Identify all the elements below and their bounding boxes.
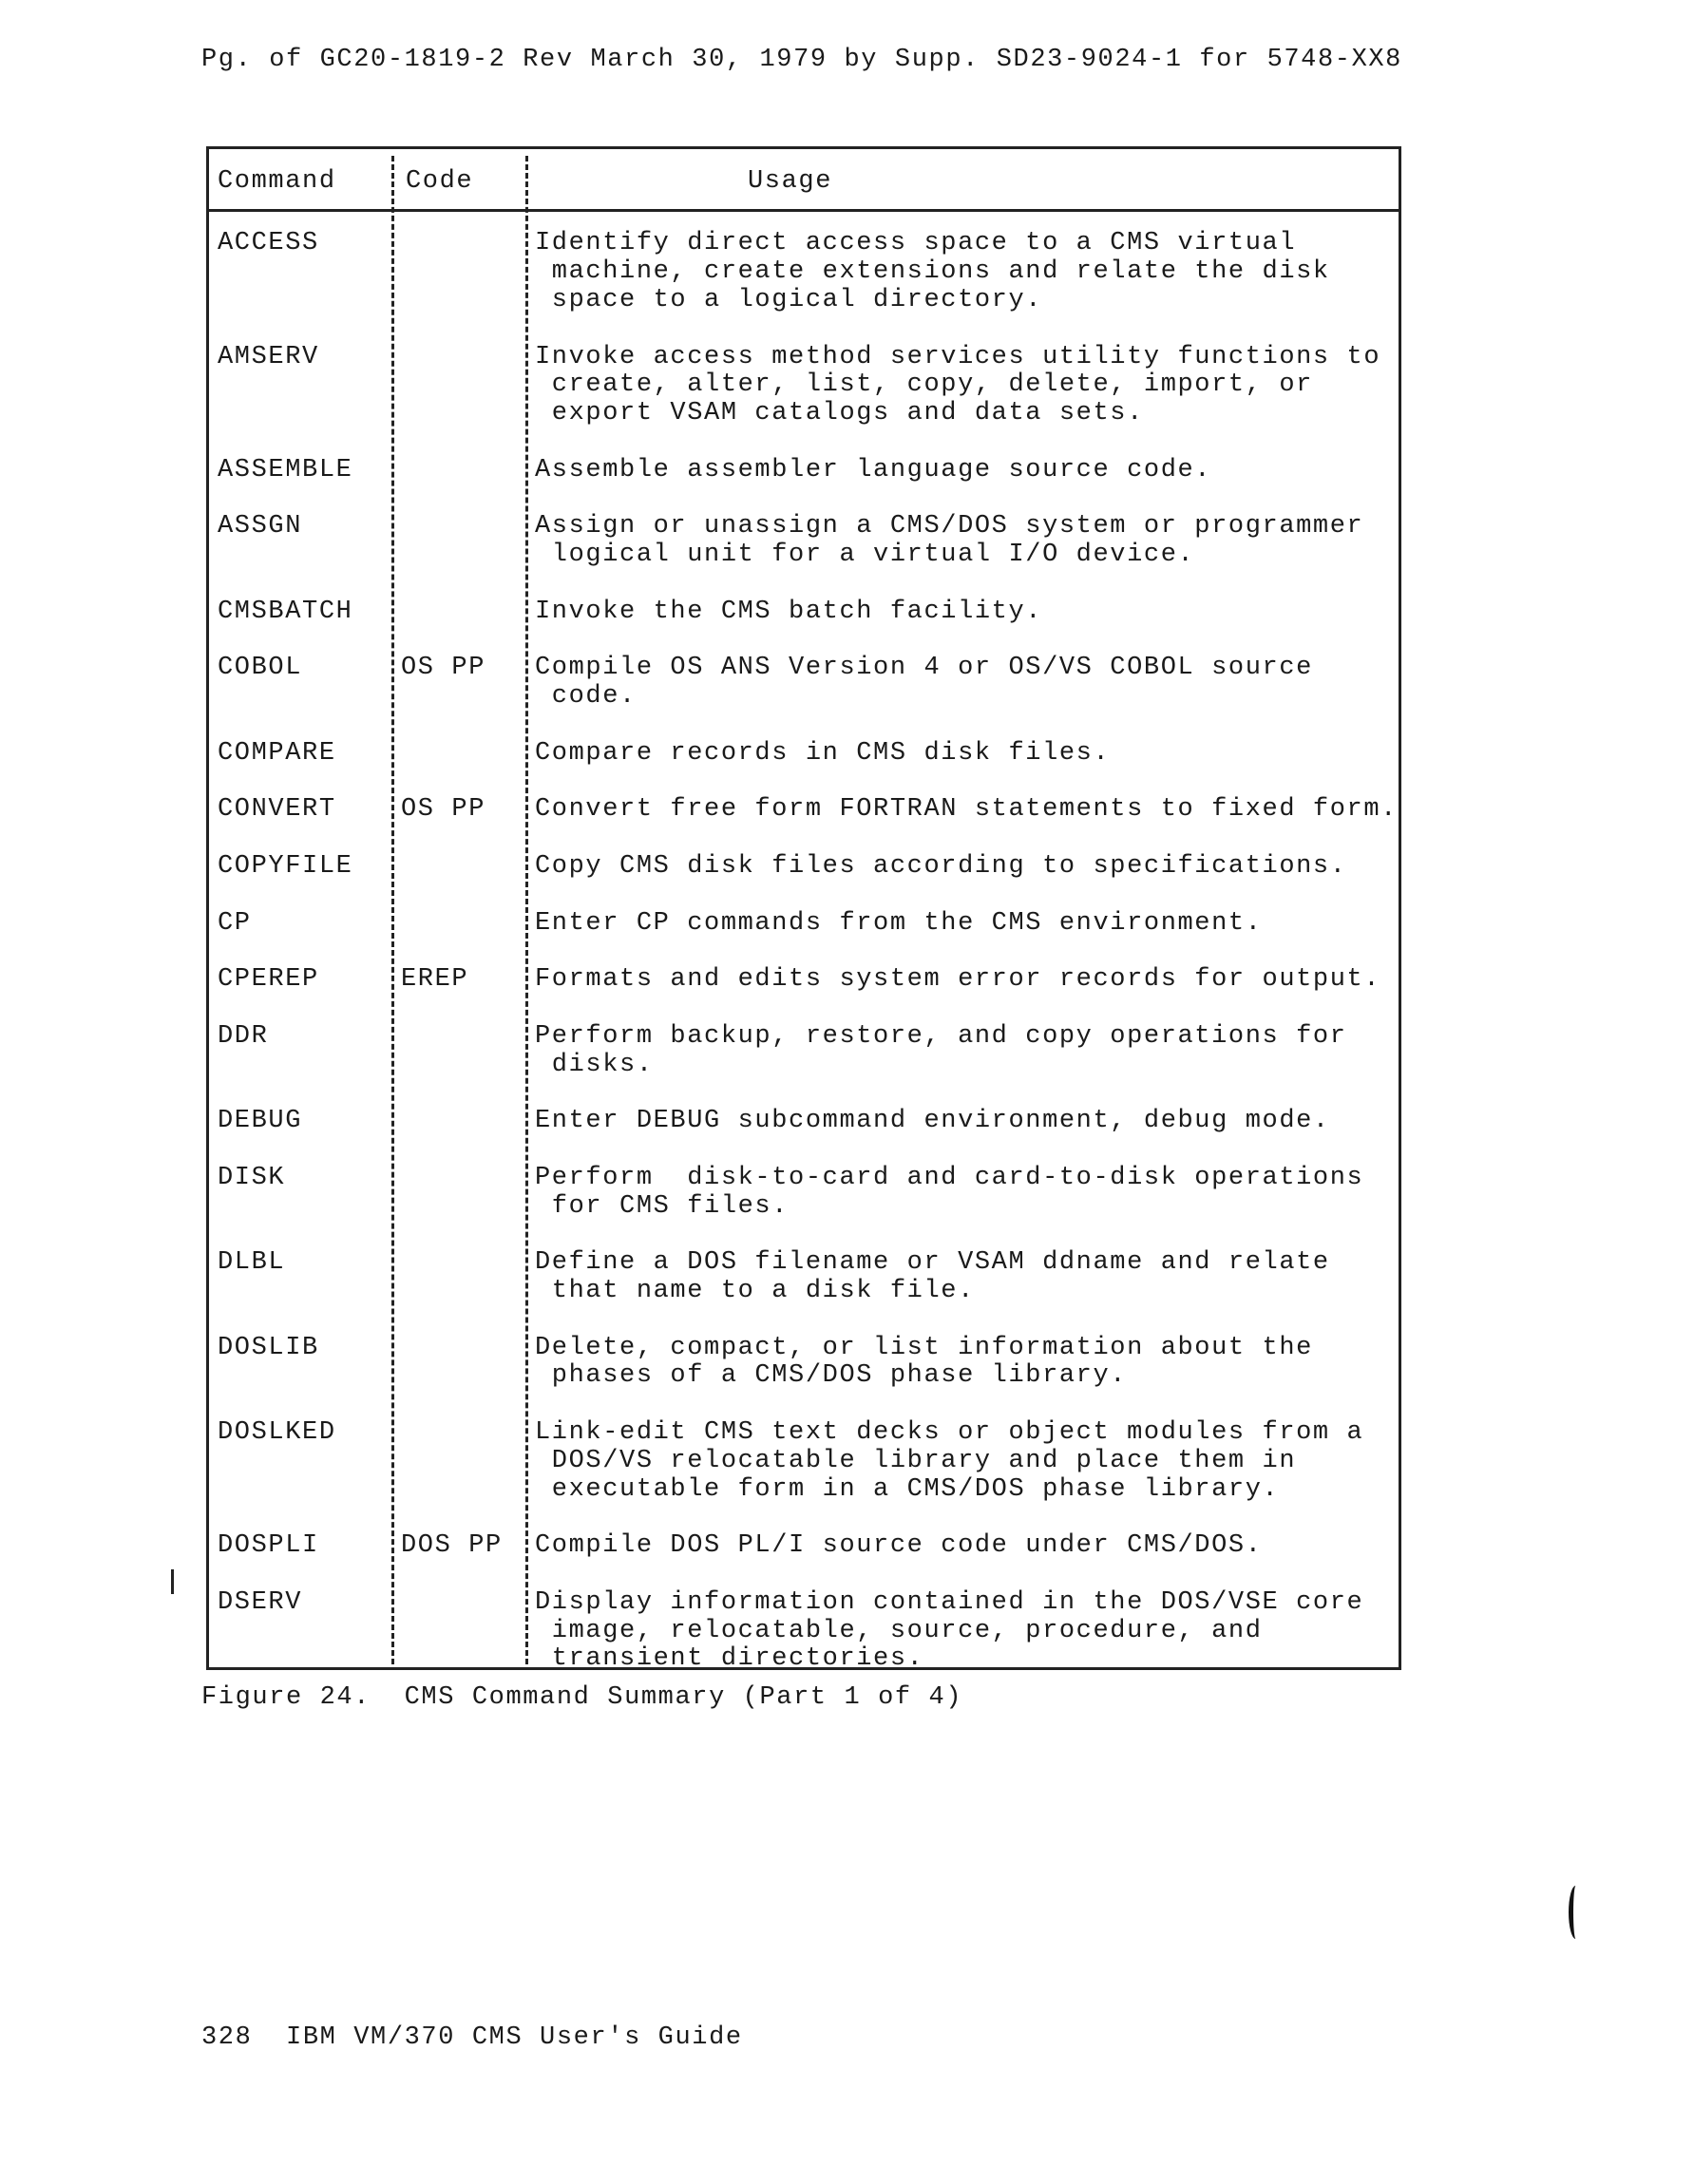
command-name: COPYFILE	[218, 853, 352, 882]
revision-change-bar	[171, 1569, 174, 1594]
usage-text: code.	[535, 683, 637, 712]
command-name: DOSLKED	[218, 1419, 336, 1448]
command-name: ASSEMBLE	[218, 457, 352, 485]
command-name: COMPARE	[218, 740, 336, 769]
command-name: DEBUG	[218, 1108, 302, 1136]
usage-text: create, alter, list, copy, delete, impor…	[535, 371, 1313, 400]
usage-text: disks.	[535, 1052, 654, 1080]
command-name: DLBL	[218, 1249, 285, 1278]
command-name: DDR	[218, 1023, 268, 1052]
usage-text: Invoke access method services utility fu…	[535, 344, 1380, 372]
scan-edge-mark	[1569, 1886, 1583, 1939]
page-footer: 328 IBM VM/370 CMS User's Guide	[201, 2023, 743, 2052]
command-name: AMSERV	[218, 344, 319, 372]
usage-text: that name to a disk file.	[535, 1278, 975, 1306]
command-name: CP	[218, 910, 252, 939]
usage-text: phases of a CMS/DOS phase library.	[535, 1362, 1127, 1391]
usage-text: Enter CP commands from the CMS environme…	[535, 910, 1263, 939]
command-name: DSERV	[218, 1589, 302, 1618]
page-header: Pg. of GC20-1819-2 Rev March 30, 1979 by…	[201, 46, 1402, 74]
usage-text: Perform backup, restore, and copy operat…	[535, 1023, 1347, 1052]
usage-text: Copy CMS disk files according to specifi…	[535, 853, 1347, 882]
usage-text: transient directories.	[535, 1645, 923, 1674]
usage-text: Formats and edits system error records f…	[535, 966, 1380, 995]
figure-caption: Figure 24. CMS Command Summary (Part 1 o…	[201, 1683, 962, 1712]
usage-text: space to a logical directory.	[535, 287, 1042, 315]
usage-text: Assign or unassign a CMS/DOS system or p…	[535, 513, 1363, 541]
table-right-border	[1399, 146, 1401, 1670]
command-name: DOSLIB	[218, 1335, 319, 1363]
command-code: OS PP	[401, 796, 485, 825]
usage-text: Enter DEBUG subcommand environment, debu…	[535, 1108, 1330, 1136]
table-top-border	[206, 146, 1401, 149]
command-name: CONVERT	[218, 796, 336, 825]
usage-text: Identify direct access space to a CMS vi…	[535, 230, 1296, 258]
usage-text: Invoke the CMS batch facility.	[535, 598, 1042, 627]
command-code: EREP	[401, 966, 468, 995]
usage-text: executable form in a CMS/DOS phase libra…	[535, 1476, 1279, 1505]
usage-text: Display information contained in the DOS…	[535, 1589, 1363, 1618]
command-summary-table: Command Code Usage ACCESSIdentify direct…	[206, 146, 1401, 1670]
usage-text: Compile DOS PL/I source code under CMS/D…	[535, 1532, 1263, 1561]
command-code: DOS PP	[401, 1532, 503, 1561]
command-name: ACCESS	[218, 230, 319, 258]
usage-text: Convert free form FORTRAN statements to …	[535, 796, 1398, 825]
column-divider-usage	[525, 156, 528, 1664]
usage-text: Link-edit CMS text decks or object modul…	[535, 1419, 1363, 1448]
usage-text: Delete, compact, or list information abo…	[535, 1335, 1313, 1363]
command-code: OS PP	[401, 655, 485, 683]
usage-text: image, relocatable, source, procedure, a…	[535, 1618, 1263, 1646]
command-name: ASSGN	[218, 513, 302, 541]
usage-text: export VSAM catalogs and data sets.	[535, 400, 1144, 428]
table-left-border	[206, 146, 209, 1670]
column-header-command: Command	[218, 167, 336, 196]
usage-text: machine, create extensions and relate th…	[535, 258, 1330, 287]
column-header-usage: Usage	[748, 167, 832, 196]
command-name: DOSPLI	[218, 1532, 319, 1561]
command-name: COBOL	[218, 655, 302, 683]
usage-text: Define a DOS filename or VSAM ddname and…	[535, 1249, 1330, 1278]
column-divider-code	[391, 156, 394, 1664]
usage-text: Compare records in CMS disk files.	[535, 740, 1110, 769]
usage-text: logical unit for a virtual I/O device.	[535, 541, 1194, 570]
usage-text: Compile OS ANS Version 4 or OS/VS COBOL …	[535, 655, 1313, 683]
column-header-code: Code	[406, 167, 473, 196]
header-separator	[206, 209, 1401, 212]
command-name: CPEREP	[218, 966, 319, 995]
usage-text: for CMS files.	[535, 1193, 789, 1222]
usage-text: DOS/VS relocatable library and place the…	[535, 1448, 1296, 1476]
command-name: DISK	[218, 1165, 285, 1193]
usage-text: Perform disk-to-card and card-to-disk op…	[535, 1165, 1363, 1193]
usage-text: Assemble assembler language source code.	[535, 457, 1211, 485]
command-name: CMSBATCH	[218, 598, 352, 627]
